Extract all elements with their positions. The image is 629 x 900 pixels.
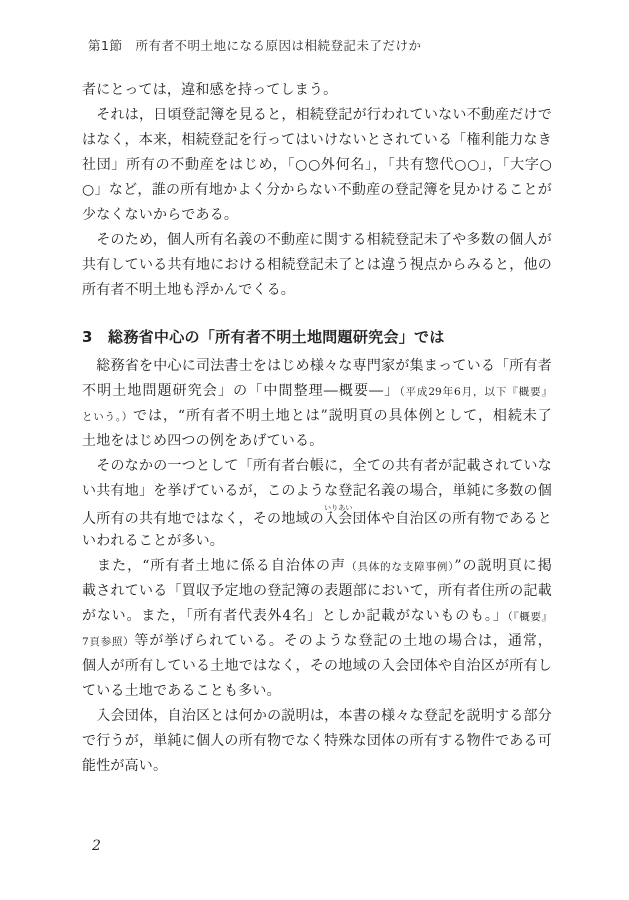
text-line: ○」など，誰の所有地かよく分からない不動産の登記簿を見かけることが [82,178,552,203]
parenthetical-note: 7頁参照） [82,636,134,648]
section-heading: 3 総務省中心の「所有者不明土地問題研究会」では [82,325,552,350]
text-line: 入会団体，自治区とは何かの説明は，本書の様々な登記を説明する部分 [82,704,552,729]
text-segment: 不明土地問題研究会」の「中間整理―概要―」 [82,383,399,399]
text-segment: 等が挙げられている。そのような登記の土地の場合は，通常， [134,633,552,649]
text-segment: ”の説明頁に掲 [454,558,552,574]
text-line: 所有者不明土地も浮かんでくる。 [82,278,552,303]
text-line: 者にとっては，違和感を持ってしまう。 [82,78,552,103]
ruby-furigana: いりあい [324,504,352,512]
book-page: 第1節 所有者不明土地になる原因は相続登記未了だけか 者にとっては，違和感を持っ… [0,0,629,900]
text-segment: 団体や自治区の所有物であると [353,511,552,527]
text-line: がない。また，「所有者代表外4名」としか記載がないものも。」（『概要』 [82,604,552,629]
text-segment: 人所有の共有地ではなく，その地域の [82,511,324,527]
parenthetical-note: （具体的な支障事例） [346,561,454,573]
text-segment: では，“所有者不明土地とは”説明頁の具体例として，相続未了 [133,408,552,424]
text-line: 共有している共有地における相続登記未了とは違う視点からみると，他の [82,253,552,278]
text-line: という。）では，“所有者不明土地とは”説明頁の具体例として，相続未了 [82,404,552,429]
ruby-annotation: 入会いりあい [324,511,353,527]
text-line: そのなかの一つとして「所有者台帳に，全ての共有者が記載されていな [82,454,552,479]
text-line: い共有地」を挙げているが，このような登記名義の場合，単純に多数の個 [82,479,552,504]
text-line: 7頁参照）等が挙げられている。そのような登記の土地の場合は，通常， [82,629,552,654]
text-line: で行うが，単純に個人の所有物でなく特殊な団体の所有する物件である可 [82,729,552,754]
text-line: 個人が所有している土地ではなく，その地域の入会団体や自治区が所有し [82,654,552,679]
text-line: 不明土地問題研究会」の「中間整理―概要―」（平成29年6月，以下『概要』 [82,379,552,404]
ruby-base: 入会 [324,511,353,527]
text-line: それは，日頃登記簿を見ると，相続登記が行われていない不動産だけで [82,103,552,128]
parenthetical-note: （平成29年6月，以下『概要』 [399,386,552,398]
running-header: 第1節 所有者不明土地になる原因は相続登記未了だけか [88,36,421,54]
text-line: また，“所有者土地に係る自治体の声（具体的な支障事例）”の説明頁に掲 [82,554,552,579]
text-segment: がない。また，「所有者代表外4名」としか記載がないものも。」 [82,608,508,624]
text-line: いわれることが多い。 [82,529,552,554]
parenthetical-note: という。） [82,411,133,423]
text-line: はなく，本来，相続登記を行ってはいけないとされている「権利能力なき [82,128,552,153]
text-segment: また，“所有者土地に係る自治体の声 [82,558,346,574]
text-line: 土地をはじめ四つの例をあげている。 [82,429,552,454]
text-line: そのため，個人所有名義の不動産に関する相続登記未了や多数の個人が [82,228,552,253]
text-line: 能性が高い。 [82,754,552,779]
text-line: 総務省を中心に司法書士をはじめ様々な専門家が集まっている「所有者 [82,354,552,379]
body-text: 者にとっては，違和感を持ってしまう。 それは，日頃登記簿を見ると，相続登記が行わ… [82,78,552,779]
text-line: 社団」所有の不動産をはじめ，「○○外何名」，「共有惣代○○」，「大字○ [82,153,552,178]
text-line: ている土地であることも多い。 [82,679,552,704]
text-line: 人所有の共有地ではなく，その地域の入会いりあい団体や自治区の所有物であると [82,504,552,529]
parenthetical-note: （『概要』 [508,611,552,623]
text-line: 少なくないからである。 [82,203,552,228]
text-line: 載されている「買収予定地の登記簿の表題部において，所有者住所の記載 [82,579,552,604]
page-number: 2 [92,838,101,854]
